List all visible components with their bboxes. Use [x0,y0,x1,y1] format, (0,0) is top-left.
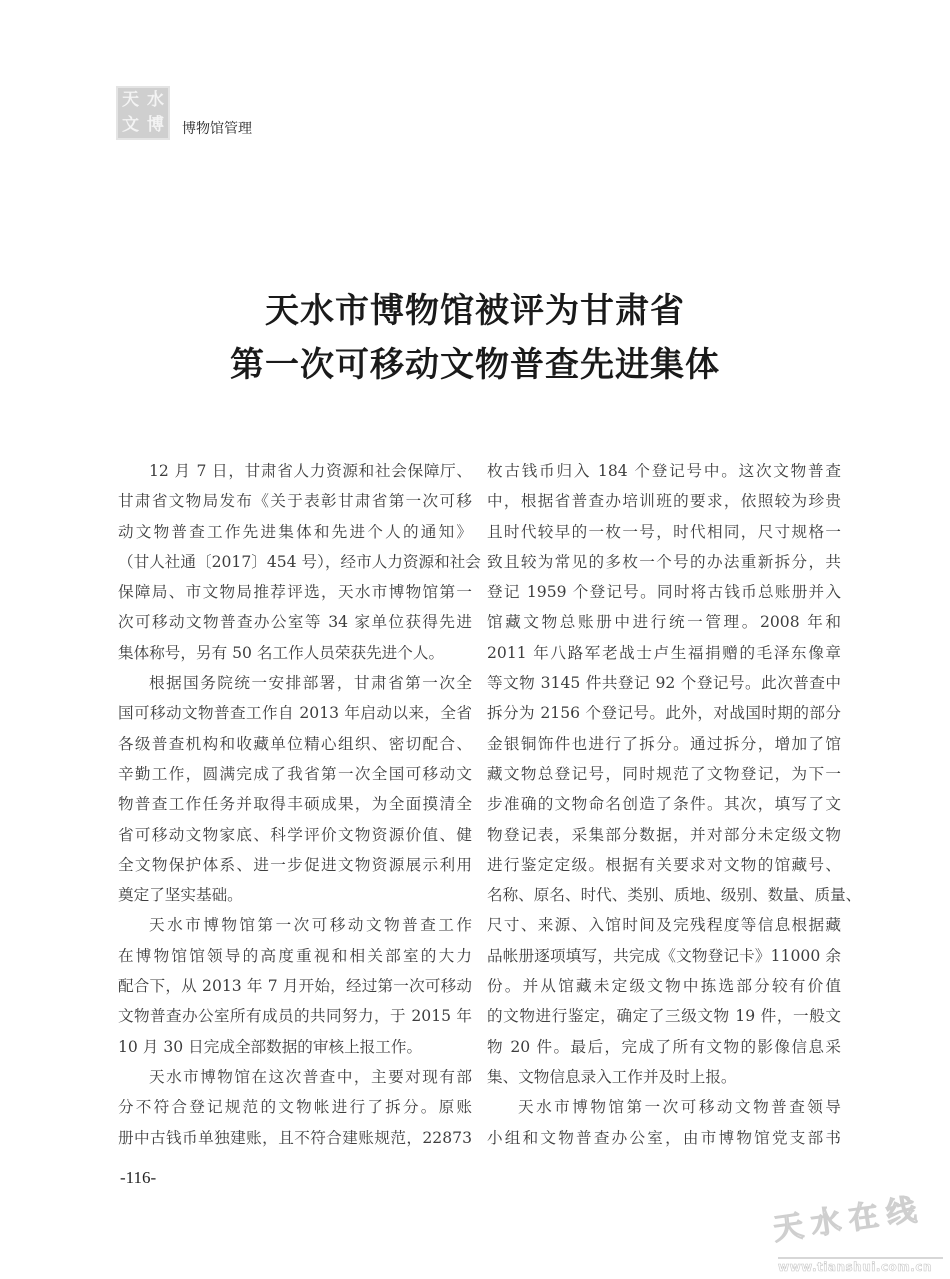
text-line: 集、文物信息录入工作并及时上报。 [487,1062,841,1092]
text-line: 天水市博物馆第一次可移动文物普查工作 [118,910,472,940]
watermark: 天水在线 www.tianshui.com.cn [770,1205,950,1275]
text-line: 动文物普查工作先进集体和先进个人的通知》 [118,517,472,547]
text-line: 步准确的文物命名创造了条件。其次，填写了文 [487,789,841,819]
watermark-url: www.tianshui.com.cn [778,1260,932,1274]
text-line: 册中古钱币单独建账，且不符合建账规范，22873 [118,1123,472,1153]
text-line: （甘人社通〔2017〕454 号），经市人力资源和社会 [118,547,472,577]
text-line: 金银铜饰件也进行了拆分。通过拆分，增加了馆 [487,729,841,759]
text-line: 名称、原名、时代、类别、质地、级别、数量、质量、 [487,880,841,910]
running-header: 天 水 文 博 博物馆管理 [118,88,252,138]
text-line: 致且较为常见的多枚一个号的办法重新拆分，共 [487,547,841,577]
text-line: 拆分为 2156 个登记号。此外，对战国时期的部分 [487,698,841,728]
text-line: 进行鉴定定级。根据有关要求对文物的馆藏号、 [487,850,841,880]
text-line: 甘肃省文物局发布《关于表彰甘肃省第一次可移 [118,486,472,516]
text-line: 天水市博物馆在这次普查中，主要对现有部 [118,1062,472,1092]
text-line: 12 月 7 日，甘肃省人力资源和社会保障厅、 [118,456,472,486]
text-line: 中，根据省普查办培训班的要求，依照较为珍贵 [487,486,841,516]
article-title-line-1: 天水市博物馆被评为甘肃省 [0,284,950,338]
text-line: 辛勤工作，圆满完成了我省第一次全国可移动文 [118,759,472,789]
text-line: 天水市博物馆第一次可移动文物普查领导 [487,1092,841,1122]
text-line: 登记 1959 个登记号。同时将古钱币总账册并入 [487,577,841,607]
text-line: 品帐册逐项填写，共完成《文物登记卡》11000 余 [487,941,841,971]
logo-char: 天 [122,92,139,109]
text-line: 次可移动文物普查办公室等 34 家单位获得先进 [118,607,472,637]
text-line: 文物普查办公室所有成员的共同努力，于 2015 年 [118,1001,472,1031]
text-line: 藏文物总登记号，同时规范了文物登记，为下一 [487,759,841,789]
logo-char: 博 [147,117,164,134]
text-line: 物普查工作任务并取得丰硕成果，为全面摸清全 [118,789,472,819]
body-column-left: 12 月 7 日，甘肃省人力资源和社会保障厅、甘肃省文物局发布《关于表彰甘肃省第… [118,456,472,1153]
text-line: 小组和文物普查办公室，由市博物馆党支部书 [487,1123,841,1153]
article-title-line-2: 第一次可移动文物普查先进集体 [0,338,950,392]
watermark-text: 天水在线 [770,1180,950,1249]
text-line: 的文物进行鉴定，确定了三级文物 19 件，一般文 [487,1001,841,1031]
text-line: 集体称号，另有 50 名工作人员荣获先进个人。 [118,638,472,668]
journal-logo: 天 水 文 博 [118,88,168,138]
text-line: 尺寸、来源、入馆时间及完残程度等信息根据藏 [487,910,841,940]
text-line: 枚古钱币归入 184 个登记号中。这次文物普查 [487,456,841,486]
text-line: 省可移动文物家底、科学评价文物资源价值、健 [118,820,472,850]
text-line: 2011 年八路军老战士卢生福捐赠的毛泽东像章 [487,638,841,668]
watermark-rule [778,1257,943,1259]
text-line: 在博物馆馆领导的高度重视和相关部室的大力 [118,941,472,971]
body-column-right: 枚古钱币归入 184 个登记号中。这次文物普查中，根据省普查办培训班的要求，依照… [487,456,841,1153]
text-line: 根据国务院统一安排部署，甘肃省第一次全 [118,668,472,698]
text-line: 各级普查机构和收藏单位精心组织、密切配合、 [118,729,472,759]
logo-char: 文 [122,117,139,134]
section-label: 博物馆管理 [182,118,252,138]
text-line: 保障局、市文物局推荐评选，天水市博物馆第一 [118,577,472,607]
page-number: -116- [120,1168,156,1188]
text-line: 配合下，从 2013 年 7 月开始，经过第一次可移动 [118,971,472,1001]
text-line: 份。并从馆藏未定级文物中拣选部分较有价值 [487,971,841,1001]
text-line: 馆藏文物总账册中进行统一管理。2008 年和 [487,607,841,637]
text-line: 10 月 30 日完成全部数据的审核上报工作。 [118,1032,472,1062]
text-line: 等文物 3145 件共登记 92 个登记号。此次普查中 [487,668,841,698]
text-line: 全文物保护体系、进一步促进文物资源展示利用 [118,850,472,880]
text-line: 物 20 件。最后，完成了所有文物的影像信息采 [487,1032,841,1062]
logo-char: 水 [147,92,164,109]
text-line: 分不符合登记规范的文物帐进行了拆分。原账 [118,1092,472,1122]
text-line: 物登记表，采集部分数据，并对部分未定级文物 [487,820,841,850]
text-line: 国可移动文物普查工作自 2013 年启动以来，全省 [118,698,472,728]
text-line: 奠定了坚实基础。 [118,880,472,910]
text-line: 且时代较早的一枚一号，时代相同，尺寸规格一 [487,517,841,547]
